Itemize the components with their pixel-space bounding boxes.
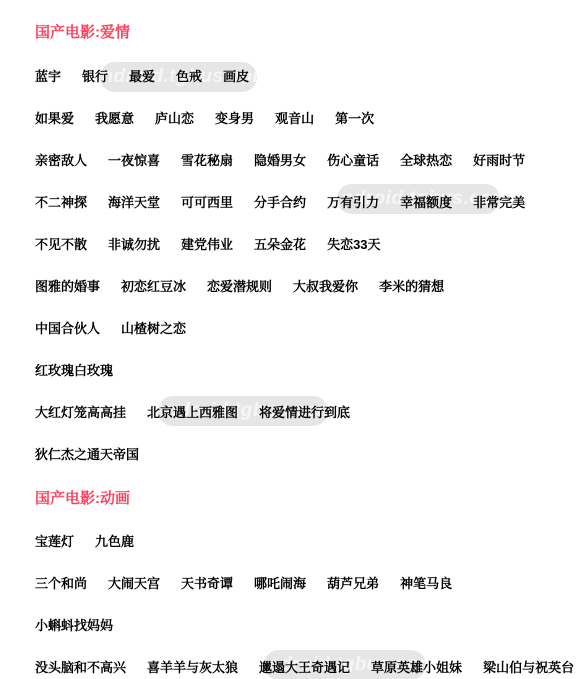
movie-link[interactable]: 李米的猜想 <box>379 276 444 295</box>
movie-row: 大红灯笼高高挂北京遇上西雅图将爱情进行到底 <box>35 402 578 421</box>
movie-link[interactable]: 蓝宇 <box>35 66 61 85</box>
movie-link[interactable]: 建党伟业 <box>181 234 233 253</box>
section-title: 国产电影:动画 <box>35 487 130 508</box>
movie-link[interactable]: 葫芦兄弟 <box>327 573 379 592</box>
movie-link[interactable]: 全球热恋 <box>400 150 452 169</box>
section-title: 国产电影:爱情 <box>35 21 130 42</box>
movie-link[interactable]: 喜羊羊与灰太狼 <box>147 657 238 676</box>
movie-link[interactable]: 大叔我爱你 <box>293 276 358 295</box>
movie-link[interactable]: 变身男 <box>215 108 254 127</box>
movie-link[interactable]: 大红灯笼高高挂 <box>35 402 126 421</box>
movie-link[interactable]: 红玫瑰白玫瑰 <box>35 360 113 379</box>
movie-link[interactable]: 没头脑和不高兴 <box>35 657 126 676</box>
movie-link[interactable]: 将爱情进行到底 <box>259 402 350 421</box>
movie-link[interactable]: 三个和尚 <box>35 573 87 592</box>
movie-link[interactable]: 失恋33天 <box>327 234 380 253</box>
movie-link[interactable]: 分手合约 <box>254 192 306 211</box>
movie-link[interactable]: 观音山 <box>275 108 314 127</box>
movie-link[interactable]: 好雨时节 <box>473 150 525 169</box>
movie-link[interactable]: 五朵金花 <box>254 234 306 253</box>
movie-link[interactable]: 恋爱潜规则 <box>207 276 272 295</box>
movie-link[interactable]: 小蝌蚪找妈妈 <box>35 615 113 634</box>
movie-link[interactable]: 画皮 <box>223 66 249 85</box>
movie-link[interactable]: 亲密敌人 <box>35 150 87 169</box>
movie-link[interactable]: 天书奇谭 <box>181 573 233 592</box>
movie-link[interactable]: 邋遢大王奇遇记 <box>259 657 350 676</box>
movie-row: 狄仁杰之通天帝国 <box>35 444 578 463</box>
movie-link[interactable]: 如果爱 <box>35 108 74 127</box>
movie-link[interactable]: 九色鹿 <box>95 531 134 550</box>
movie-link[interactable]: 幸福额度 <box>400 192 452 211</box>
movie-link[interactable]: 雪花秘扇 <box>181 150 233 169</box>
movie-link[interactable]: 伤心童话 <box>327 150 379 169</box>
movie-link[interactable]: 梁山伯与祝英台 <box>483 657 574 676</box>
movie-link[interactable]: 宝莲灯 <box>35 531 74 550</box>
movie-link[interactable]: 北京遇上西雅图 <box>147 402 238 421</box>
movie-link[interactable]: 图雅的婚事 <box>35 276 100 295</box>
movie-row: 不见不散非诚勿扰建党伟业五朵金花失恋33天 <box>35 234 578 253</box>
movie-link[interactable]: 哪吒闹海 <box>254 573 306 592</box>
movie-link[interactable]: 庐山恋 <box>155 108 194 127</box>
movie-row: 中国合伙人山楂树之恋 <box>35 318 578 337</box>
movie-list-page: Android.tgbus.comAndroid.tgbus.comAndroi… <box>0 0 578 679</box>
movie-link[interactable]: 不二神探 <box>35 192 87 211</box>
movie-link[interactable]: 初恋红豆冰 <box>121 276 186 295</box>
movie-link[interactable]: 隐婚男女 <box>254 150 306 169</box>
movie-link[interactable]: 银行 <box>82 66 108 85</box>
movie-link[interactable]: 草原英雄小姐妹 <box>371 657 462 676</box>
movie-row: 图雅的婚事初恋红豆冰恋爱潜规则大叔我爱你李米的猜想 <box>35 276 578 295</box>
movie-link[interactable]: 山楂树之恋 <box>121 318 186 337</box>
section-header-row: 国产电影:爱情 <box>35 21 578 42</box>
movie-row: 宝莲灯九色鹿 <box>35 531 578 550</box>
movie-link[interactable]: 万有引力 <box>327 192 379 211</box>
movie-link[interactable]: 神笔马良 <box>400 573 452 592</box>
movie-link[interactable]: 最爱 <box>129 66 155 85</box>
movie-row: 没头脑和不高兴喜羊羊与灰太狼邋遢大王奇遇记草原英雄小姐妹梁山伯与祝英台 <box>35 657 578 676</box>
movie-link[interactable]: 第一次 <box>335 108 374 127</box>
movie-row: 不二神探海洋天堂可可西里分手合约万有引力幸福额度非常完美 <box>35 192 578 211</box>
movie-link[interactable]: 一夜惊喜 <box>108 150 160 169</box>
movie-link[interactable]: 可可西里 <box>181 192 233 211</box>
section-header-row: 国产电影:动画 <box>35 487 578 508</box>
movie-link[interactable]: 狄仁杰之通天帝国 <box>35 444 139 463</box>
movie-link[interactable]: 不见不散 <box>35 234 87 253</box>
movie-link[interactable]: 大闹天宫 <box>108 573 160 592</box>
movie-link[interactable]: 海洋天堂 <box>108 192 160 211</box>
movie-link[interactable]: 非常完美 <box>473 192 525 211</box>
movie-row: 亲密敌人一夜惊喜雪花秘扇隐婚男女伤心童话全球热恋好雨时节 <box>35 150 578 169</box>
movie-row: 小蝌蚪找妈妈 <box>35 615 578 634</box>
movie-link[interactable]: 中国合伙人 <box>35 318 100 337</box>
movie-link[interactable]: 非诚勿扰 <box>108 234 160 253</box>
movie-row: 如果爱我愿意庐山恋变身男观音山第一次 <box>35 108 578 127</box>
movie-row: 红玫瑰白玫瑰 <box>35 360 578 379</box>
movie-row: 三个和尚大闹天宫天书奇谭哪吒闹海葫芦兄弟神笔马良 <box>35 573 578 592</box>
movie-link[interactable]: 色戒 <box>176 66 202 85</box>
movie-row: 蓝宇银行最爱色戒画皮 <box>35 66 578 85</box>
movie-link[interactable]: 我愿意 <box>95 108 134 127</box>
